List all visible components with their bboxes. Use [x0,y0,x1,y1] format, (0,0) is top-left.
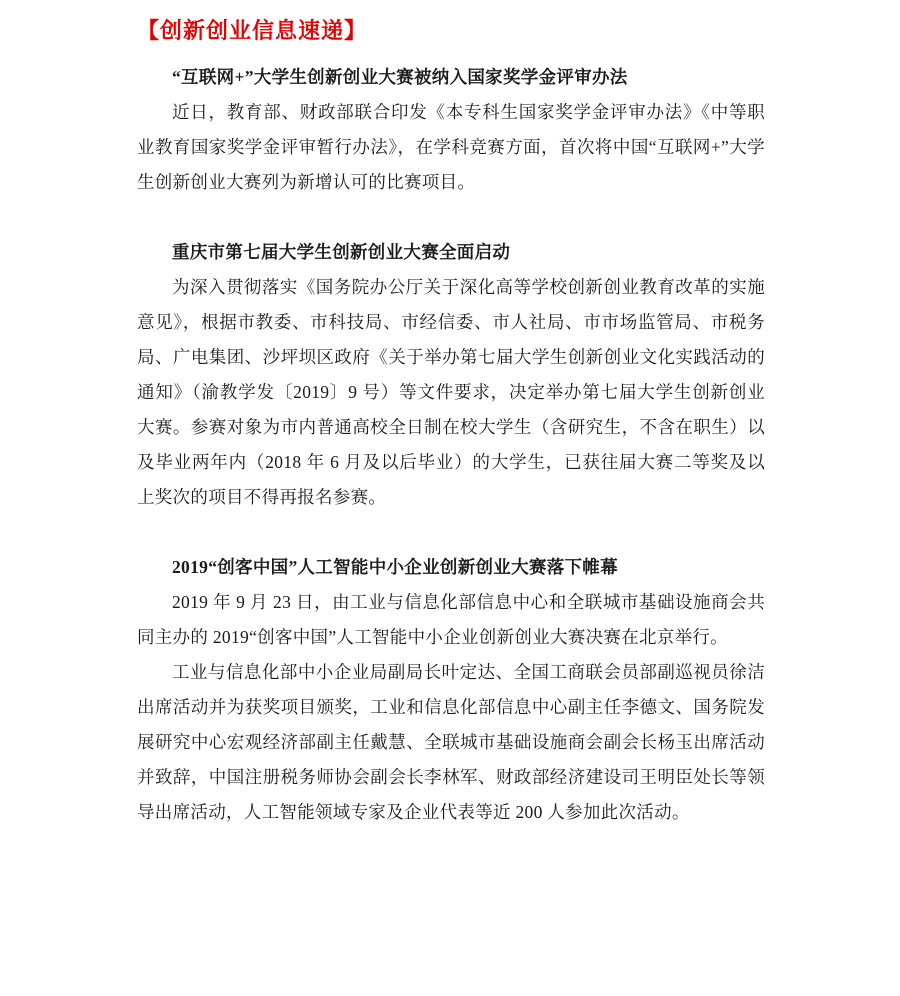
section-paragraph: 为深入贯彻落实《国务院办公厅关于深化高等学校创新创业教育改革的实施意见》，根据市… [137,270,765,515]
news-section-maker-china: 2019“创客中国”人工智能中小企业创新创业大赛落下帷幕 2019 年 9 月 … [137,550,765,830]
news-section-internet-plus: “互联网+”大学生创新创业大赛被纳入国家奖学金评审办法 近日，教育部、财政部联合… [137,60,765,200]
document-page: 【创新创业信息速递】 “互联网+”大学生创新创业大赛被纳入国家奖学金评审办法 近… [0,0,900,996]
section-title: 重庆市第七届大学生创新创业大赛全面启动 [137,235,765,270]
news-section-chongqing-competition: 重庆市第七届大学生创新创业大赛全面启动 为深入贯彻落实《国务院办公厅关于深化高等… [137,235,765,515]
column-header: 【创新创业信息速递】 [137,16,765,46]
section-paragraph: 工业与信息化部中小企业局副局长叶定达、全国工商联会员部副巡视员徐洁出席活动并为获… [137,655,765,830]
section-title: “互联网+”大学生创新创业大赛被纳入国家奖学金评审办法 [137,60,765,95]
section-paragraph: 2019 年 9 月 23 日，由工业与信息化部信息中心和全联城市基础设施商会共… [137,585,765,655]
section-title: 2019“创客中国”人工智能中小企业创新创业大赛落下帷幕 [137,550,765,585]
section-paragraph: 近日，教育部、财政部联合印发《本专科生国家奖学金评审办法》《中等职业教育国家奖学… [137,95,765,200]
